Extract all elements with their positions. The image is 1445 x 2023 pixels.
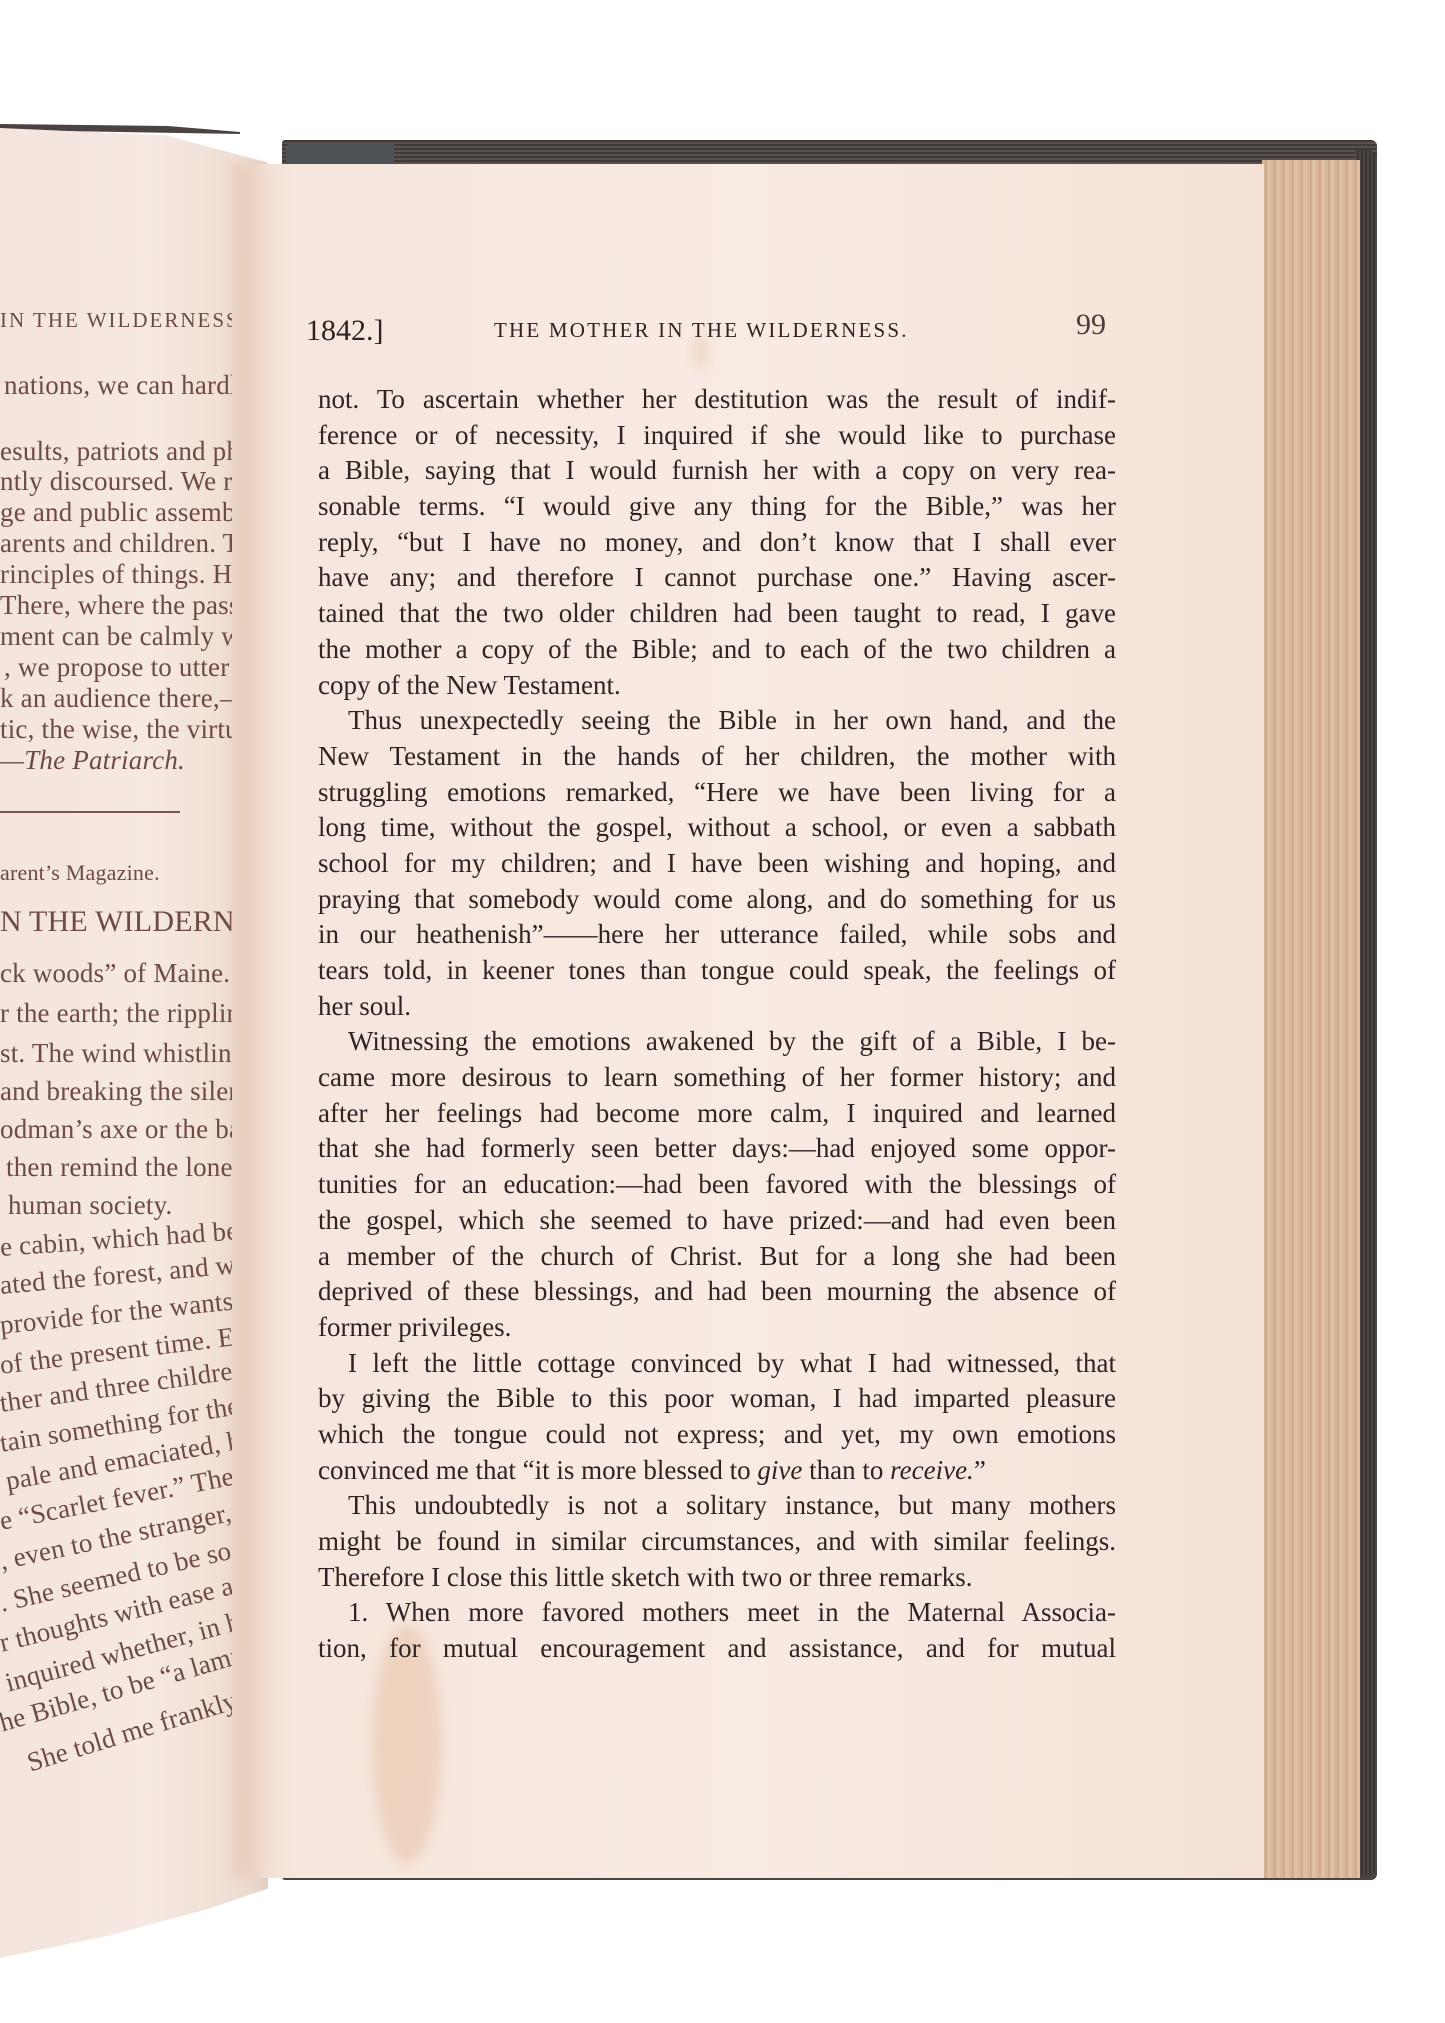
left-source-line: arent’s Magazine. [0, 860, 160, 886]
page-number: 99 [1076, 308, 1106, 342]
text-line: long time, without the gospel, without a… [318, 810, 1116, 846]
text-line: her soul. [318, 989, 1116, 1025]
text-line: the mother a copy of the Bible; and to e… [318, 632, 1116, 668]
paragraph: Witnessing the emotions awakened by the … [318, 1024, 1116, 1345]
paragraph: 1. When more favored mothers meet in the… [318, 1595, 1116, 1666]
text-line: that she had formerly seen better days:—… [318, 1131, 1116, 1167]
text-line: former privileges. [318, 1310, 1116, 1346]
text-line: in our heathenish”——here her utterance f… [318, 917, 1116, 953]
text-line: after her feelings had become more calm,… [318, 1096, 1116, 1132]
text-line: might be found in similar circumstances,… [318, 1524, 1116, 1560]
text-line: 1. When more favored mothers meet in the… [318, 1595, 1116, 1631]
text-run: than to [802, 1455, 890, 1485]
text-line: tears told, in keener tones than tongue … [318, 953, 1116, 989]
left-line: odman’s axe or the bark [0, 1114, 264, 1145]
gutter-shadow [232, 164, 262, 1878]
text-line: by giving the Bible to this poor woman, … [318, 1381, 1116, 1417]
text-line: copy of the New Testament. [318, 668, 1116, 704]
page-body: not. To ascertain whether her destitutio… [318, 382, 1116, 1667]
text-line: sonable terms. “I would give any thing f… [318, 489, 1116, 525]
text-line: not. To ascertain whether her destitutio… [318, 382, 1116, 418]
text-line: have any; and therefore I cannot purchas… [318, 560, 1116, 596]
left-line: human society. [8, 1190, 173, 1221]
text-line: ference or of necessity, I inquired if s… [318, 418, 1116, 454]
left-running-head: IN THE WILDERNESS. [0, 308, 247, 333]
page-edges [1262, 160, 1360, 1878]
text-line: reply, “but I have no money, and don’t k… [318, 525, 1116, 561]
left-attribution: —The Patriarch. [0, 745, 185, 776]
text-run: convinced me that “it is more blessed to [318, 1455, 757, 1485]
text-line: Witnessing the emotions awakened by the … [318, 1024, 1116, 1060]
section-rule [0, 811, 180, 813]
italic-text: receive. [890, 1455, 974, 1485]
left-line: ck woods” of Maine. Wi [0, 958, 269, 989]
text-line: Thus unexpectedly seeing the Bible in he… [318, 703, 1116, 739]
text-line: tained that the two older children had b… [318, 596, 1116, 632]
text-line: This undoubtedly is not a solitary insta… [318, 1488, 1116, 1524]
paragraph: I left the little cottage convinced by w… [318, 1346, 1116, 1489]
running-head-title: THE MOTHER IN THE WILDERNESS. [494, 318, 909, 343]
text-line: the gospel, which she seemed to have pri… [318, 1203, 1116, 1239]
text-line: Therefore I close this little sketch wit… [318, 1560, 1116, 1596]
text-line: a member of the church of Christ. But fo… [318, 1239, 1116, 1275]
italic-text: give [757, 1455, 802, 1485]
text-line: which the tongue could not express; and … [318, 1417, 1116, 1453]
left-line: r the earth; the rippling [0, 998, 254, 1029]
text-run: ” [974, 1455, 986, 1485]
paragraph: This undoubtedly is not a solitary insta… [318, 1488, 1116, 1595]
text-line: convinced me that “it is more blessed to… [318, 1453, 1116, 1489]
text-line: tion, for mutual encouragement and assis… [318, 1631, 1116, 1667]
cover-top-edge [282, 140, 1377, 164]
text-line: tunities for an education:—had been favo… [318, 1167, 1116, 1203]
text-line: New Testament in the hands of her childr… [318, 739, 1116, 775]
text-line: I left the little cottage convinced by w… [318, 1346, 1116, 1382]
spine-headcap [286, 143, 394, 164]
text-line: struggling emotions remarked, “Here we h… [318, 775, 1116, 811]
text-line: school for my children; and I have been … [318, 846, 1116, 882]
text-line: deprived of these blessings, and had bee… [318, 1274, 1116, 1310]
text-line: came more desirous to learn something of… [318, 1060, 1116, 1096]
text-line: a Bible, saying that I would furnish her… [318, 453, 1116, 489]
paragraph: Thus unexpectedly seeing the Bible in he… [318, 703, 1116, 1024]
running-head-year: 1842.] [306, 314, 384, 348]
text-line: praying that somebody would come along, … [318, 882, 1116, 918]
paragraph: not. To ascertain whether her destitutio… [318, 382, 1116, 703]
